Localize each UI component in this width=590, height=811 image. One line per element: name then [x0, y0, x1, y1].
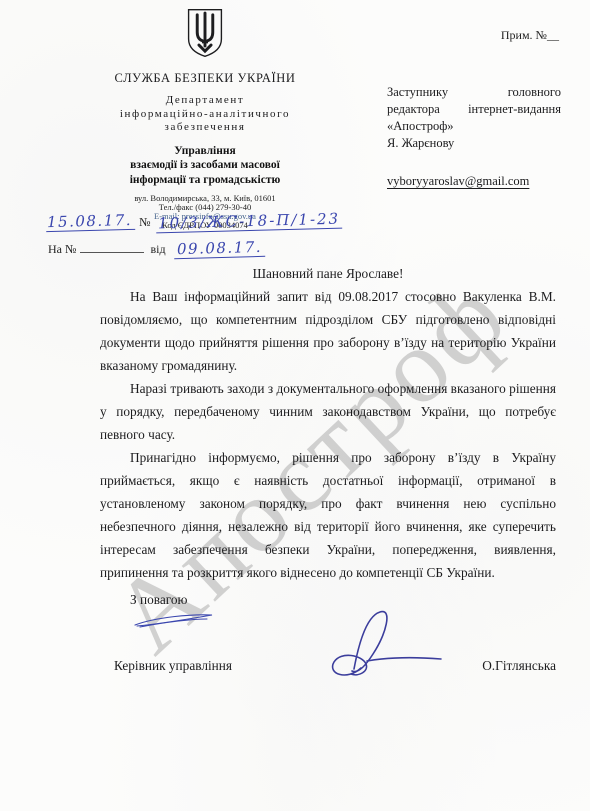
- blank-underline: [80, 241, 144, 253]
- addressee-word: редактора: [387, 101, 440, 118]
- letter-body: Шановний пане Ярославе! На Ваш інформаці…: [100, 262, 556, 686]
- handwritten-outgoing-date: 15.08.17.: [46, 211, 136, 232]
- addressee-word: головного: [508, 84, 561, 101]
- vid-label: від: [150, 242, 165, 256]
- handwritten-outgoing-number: 10/3/ЖС-18-П/1-23: [155, 210, 342, 234]
- signer-title: Керівник управління: [114, 654, 232, 677]
- office-line: Управління: [45, 144, 365, 159]
- signer-name: О.Гітлянська: [482, 654, 556, 677]
- ukraine-trident-emblem-icon: [186, 7, 224, 64]
- body-paragraph: На Ваш інформаційний запит від 09.08.201…: [100, 285, 556, 377]
- addressee-line: редактора інтернет-видання: [387, 101, 561, 118]
- addressee-word: Заступнику: [387, 84, 448, 101]
- office-line: взаємодії із засобами масової: [45, 158, 365, 173]
- outgoing-reference-line: 15.08.17.№ 10/3/ЖС-18-П/1-23: [46, 212, 376, 231]
- signature-row: Керівник управління О.Гітлянська: [100, 642, 556, 686]
- office-line: інформації та громадськістю: [45, 173, 365, 188]
- body-paragraph: Наразі тривають заходи з документального…: [100, 377, 556, 446]
- number-sign: №: [139, 215, 150, 229]
- addressee-word: інтернет-видання: [468, 101, 561, 118]
- department-line: інформаційно-аналітичного: [45, 108, 365, 122]
- addressee-line: «Апостроф»: [387, 118, 561, 135]
- recipient-block: Прим. №__ Заступнику головного редактора…: [387, 28, 561, 189]
- handwritten-incoming-date: 09.08.17.: [173, 238, 265, 259]
- recipient-email: vyboryyaroslav@gmail.com: [387, 174, 561, 189]
- office-name: Управління взаємодії із засобами масової…: [45, 144, 365, 188]
- body-paragraph: Принагідно інформуємо, рішення про забор…: [100, 446, 556, 584]
- na-label: На №: [48, 242, 76, 256]
- department-line: Департамент: [45, 94, 365, 108]
- addressee-line: Я. Жарєнову: [387, 135, 561, 152]
- addressee-line: Заступнику головного: [387, 84, 561, 101]
- scanned-letter-page: Апостроф СЛУЖБА БЕЗПЕКИ УКРАЇНИ Депа: [0, 0, 590, 811]
- letterhead: СЛУЖБА БЕЗПЕКИ УКРАЇНИ Департамент інфор…: [45, 5, 365, 230]
- department-name: Департамент інформаційно-аналітичного за…: [45, 94, 365, 135]
- handwritten-signature: [305, 608, 455, 689]
- incoming-reference-line: На №від 09.08.17.: [48, 239, 348, 258]
- copy-number-label: Прим. №__: [387, 28, 561, 43]
- salutation: Шановний пане Ярославе!: [100, 262, 556, 285]
- department-line: забезпечення: [45, 121, 365, 135]
- addressee: Заступнику головного редактора інтернет-…: [387, 84, 561, 152]
- org-name: СЛУЖБА БЕЗПЕКИ УКРАЇНИ: [45, 71, 365, 86]
